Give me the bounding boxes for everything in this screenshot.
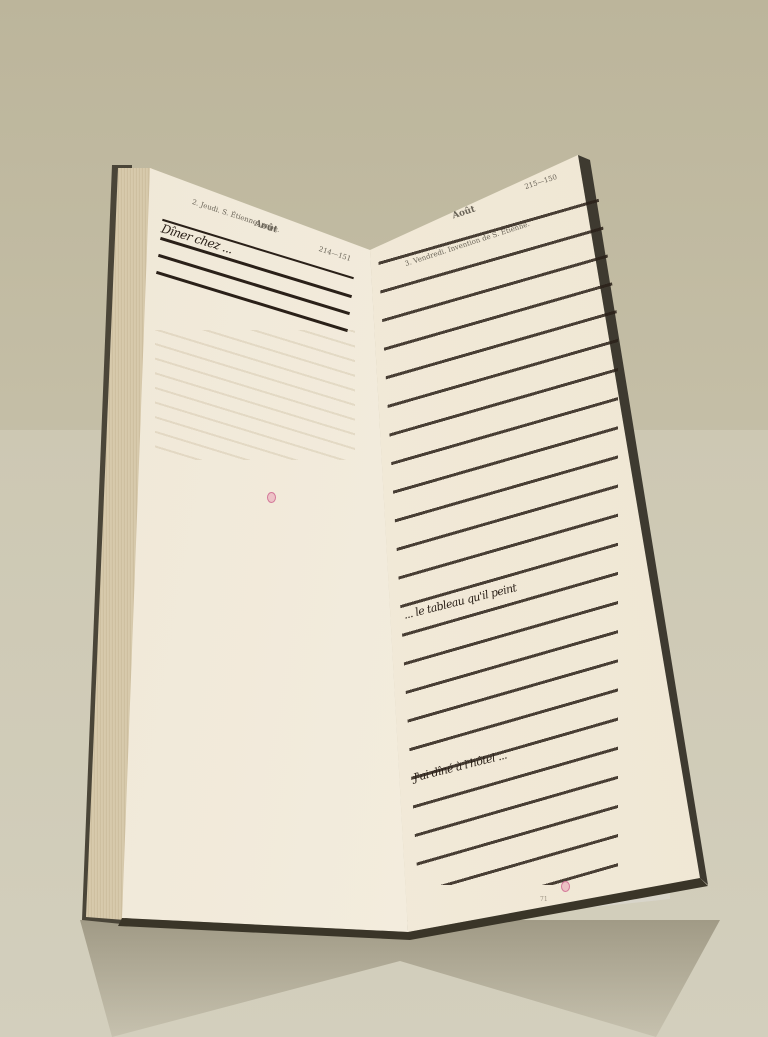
library-stamp-right [561,881,570,892]
bleed-through-text [155,330,355,460]
folio-mark: 71 [540,896,548,903]
library-stamp-left [267,492,276,503]
open-diary: Août 2. Jeudi. S. Étienne, pape. 214—151… [0,0,768,1037]
